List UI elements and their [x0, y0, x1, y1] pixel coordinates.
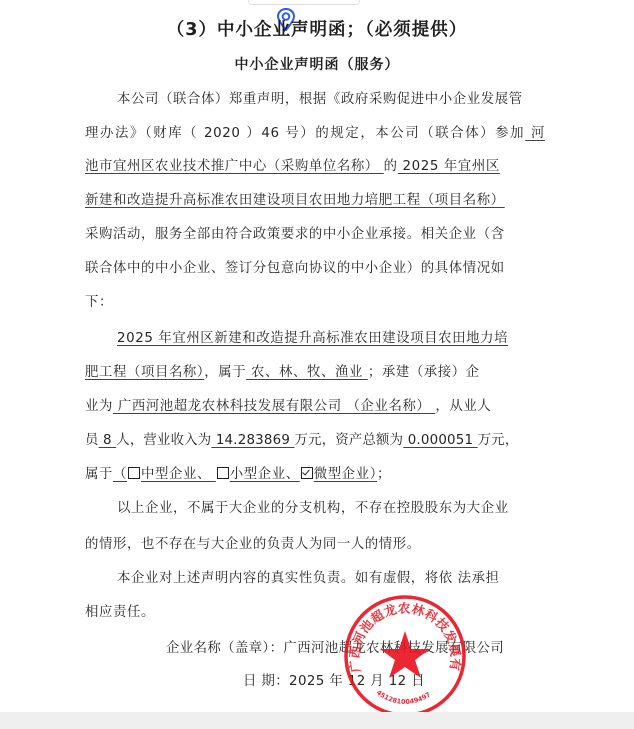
signature-company: 企业名称（盖章）：广西河池超龙农林科技发展有限公司	[166, 640, 546, 658]
p3-text: 的情形，也不存在与大企业的负责人为同一人的情形。	[85, 537, 421, 552]
p3-line2: 的情形，也不存在与大企业的负责人为同一人的情形。	[85, 536, 545, 554]
section-heading: （3）中小企业声明函；（必须提供）	[0, 16, 634, 41]
p2-text: ；承建（承接）企	[368, 365, 480, 380]
p1-line6: 联合体中的中小企业、签订分包意向协议的中小企业）的具体情况如	[85, 260, 545, 278]
small-enterprise-label: 小型企业、	[230, 467, 300, 482]
revenue-value: 14.283869	[211, 433, 294, 448]
assets-value: 0.000051	[403, 433, 477, 448]
checkbox-small-enterprise	[217, 467, 229, 479]
p2-text: 属于	[85, 467, 113, 482]
enterprise-type-group: （中型企业、 小型企业、微型企业）	[113, 467, 377, 482]
industry-value: 农、林、牧、渔业	[246, 365, 368, 380]
viewer-bottom-bar	[0, 712, 634, 729]
p2-line5: 属于（中型企业、 小型企业、微型企业）；	[85, 466, 545, 484]
purchaser-name: 池市宜州区农业技术推广中心（采购单位名称）	[85, 159, 384, 174]
p3-line1: 以上企业，不属于大企业的分支机构，不存在控股股东为大企业	[117, 500, 545, 518]
checkbox-micro-enterprise	[301, 467, 313, 479]
company-name-value: 广西河池超龙农林科技发展有限公司 （企业名称）	[113, 399, 435, 414]
project-name-repeat: 2025 年宜州区新建和改造提升高标准农田建设项目农田地力培	[117, 331, 508, 346]
p2-text: 业为	[85, 399, 113, 414]
p1-line2: 理办法》（财库（ 2020 ）46 号）的规定，本公司（联合体）参加 河	[85, 125, 545, 143]
paren: （	[113, 467, 127, 482]
p4-text: 本企业对上述声明内容的真实性负责。如有虚假，将依 法承担	[117, 571, 500, 586]
svg-text:4512810049497: 4512810049497	[375, 688, 432, 705]
p4-line1: 本企业对上述声明内容的真实性负责。如有虚假，将依 法承担	[117, 570, 545, 588]
company-name: 广西河池超龙农林科技发展有限公司	[283, 641, 504, 656]
p1-text: 下：	[85, 295, 113, 310]
p1-text: 本公司（联合体）郑重声明，根据《政府采购促进中小企业发展管	[117, 92, 523, 107]
p3-text: 以上企业，不属于大企业的分支机构，不存在控股股东为大企业	[117, 501, 509, 516]
signature-date: 日 期：2025 年 12 月 12 日	[243, 673, 493, 691]
project-name-repeat-end: 肥工程（项目名称）	[85, 365, 204, 380]
medium-enterprise-label: 中型企业、	[141, 467, 216, 482]
p1-text: 理办法》（财库（ 2020 ）46 号）的规定，本公司（联合体）参加	[85, 126, 525, 141]
p4-text: 相应责任。	[85, 605, 155, 620]
p1-text: 采购活动，服务全部由符合政策要求的中小企业承接。相关企业（含	[85, 227, 505, 242]
checkbox-medium-enterprise	[128, 467, 140, 479]
company-label: 企业名称（盖章）：	[166, 641, 283, 656]
p2-line2: 肥工程（项目名称），属于 农、林、牧、渔业 ；承建（承接）企	[85, 364, 545, 382]
p1-text: 联合体中的中小企业、签订分包意向协议的中小企业）的具体情况如	[85, 261, 505, 276]
paren: ）	[370, 467, 377, 482]
p1-text: 的	[384, 159, 398, 174]
p1-line1: 本公司（联合体）郑重声明，根据《政府采购促进中小企业发展管	[117, 91, 545, 109]
p4-line2: 相应责任。	[85, 604, 545, 622]
date-value: 2025 年 12 月 12 日	[289, 674, 425, 689]
p1-line5: 采购活动，服务全部由符合政策要求的中小企业承接。相关企业（含	[85, 226, 545, 244]
purchaser-name-start: 河	[525, 126, 545, 141]
p2-text: ，属于	[204, 365, 246, 380]
date-label: 日 期：	[243, 674, 289, 689]
document-title: 中小企业声明函（服务）	[0, 54, 634, 74]
document-page: （3）中小企业声明函；（必须提供） 中小企业声明函（服务） 本公司（联合体）郑重…	[0, 0, 634, 712]
micro-enterprise-label: 微型企业	[314, 467, 370, 482]
p2-text: 万元，	[478, 433, 519, 448]
p1-line7: 下：	[85, 294, 545, 312]
p2-line1: 2025 年宜州区新建和改造提升高标准农田建设项目农田地力培	[117, 330, 545, 348]
p1-line3: 池市宜州区农业技术推广中心（采购单位名称） 的 2025 年宜州区	[85, 158, 545, 176]
p2-line3: 业为 广西河池超龙农林科技发展有限公司 （企业名称） ，从业人	[85, 398, 545, 416]
p2-text: ，从业人	[435, 399, 491, 414]
employees-value: 8	[99, 433, 117, 448]
p2-text: 员	[85, 433, 99, 448]
p2-text: 人，营业收入为	[116, 433, 211, 448]
top-tab-handle[interactable]	[248, 0, 360, 5]
p2-line4: 员 8 人，营业收入为 14.283869 万元，资产总额为 0.000051 …	[85, 432, 545, 450]
project-name: 新建和改造提升高标准农田建设项目农田地力培肥工程（项目名称）	[85, 193, 505, 208]
p2-text: 万元，资产总额为	[295, 433, 404, 448]
p1-line4: 新建和改造提升高标准农田建设项目农田地力培肥工程（项目名称）	[85, 192, 545, 210]
project-name-start: 2025 年宜州区	[398, 159, 500, 174]
p2-text: ；	[377, 467, 391, 482]
